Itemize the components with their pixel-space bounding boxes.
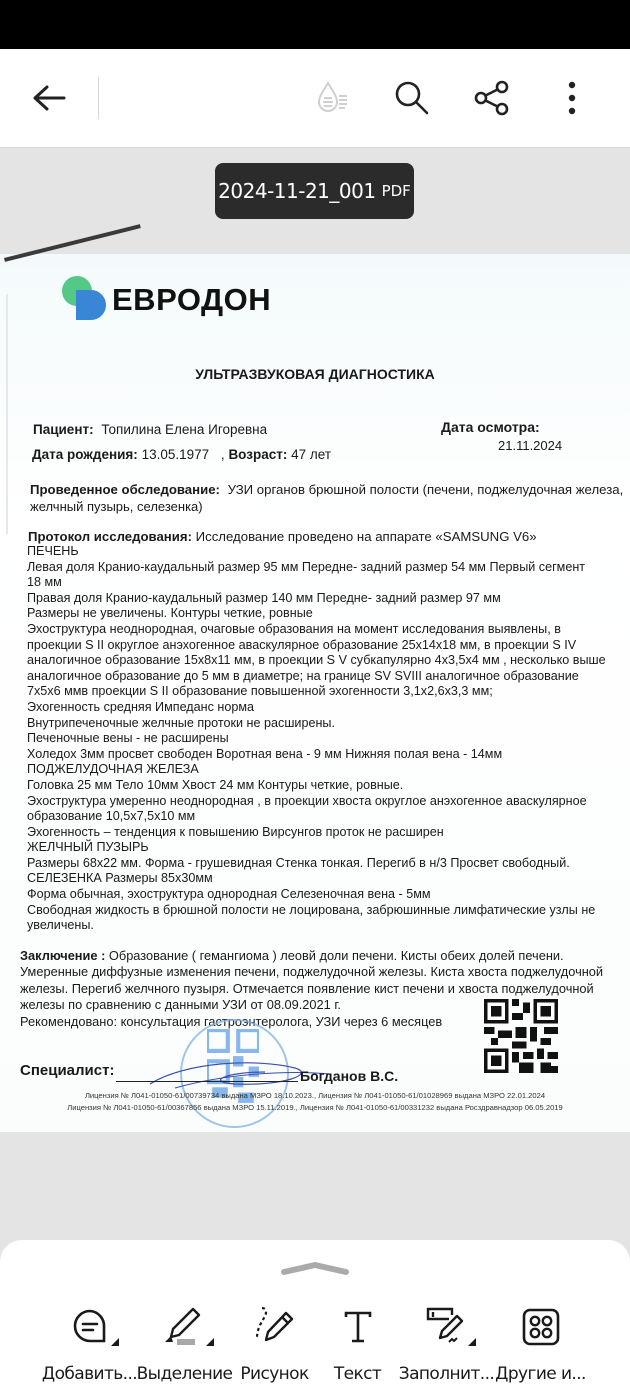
protocol-line: ЖЕЛЧНЫЙ ПУЗЫРЬ xyxy=(27,840,617,856)
chevron-up-icon[interactable] xyxy=(280,1262,350,1276)
exam-date: 21.11.2024 xyxy=(498,438,562,453)
protocol-line: Холедох 3мм просвет свободен Воротная ве… xyxy=(27,747,617,763)
fill-sign-icon xyxy=(425,1306,469,1348)
file-name-badge: 2024-11-21_001 PDF xyxy=(215,163,414,219)
exam-line-1: УЗИ органов брюшной полости (печени, под… xyxy=(228,482,624,497)
tool-label: Другие и... xyxy=(488,1364,593,1384)
license-line-1: Лицензия № Л041-01050-61/00739734 выдана… xyxy=(0,1090,630,1102)
tool-add-comment[interactable]: Добавить... xyxy=(37,1292,142,1392)
conclusion-label: Заключение : xyxy=(20,948,105,963)
age-label: Возраст: xyxy=(228,447,287,462)
protocol-line: Головка 25 мм Тело 10мм Хвост 24 мм Конт… xyxy=(27,778,617,794)
clinic-logo: ЕВРОДОН xyxy=(62,276,271,324)
annotation-toolbar: Добавить... Выделение Рисунок Текст Запо… xyxy=(0,1240,630,1400)
exam-label: Проведенное обследование: xyxy=(30,482,220,497)
protocol-row: Протокол исследования: Исследование пров… xyxy=(28,529,537,544)
protocol-line: ПОДЖЕЛУДОЧНАЯ ЖЕЛЕЗА xyxy=(27,762,617,778)
protocol-line: Свободная жидкость в брюшной полости не … xyxy=(27,903,617,919)
logo-mark-icon xyxy=(62,276,110,324)
conclusion-first-line: Образование ( гемангиома ) леовй доли пе… xyxy=(109,948,564,963)
exam-line-2: желчный пузырь, селезенка) xyxy=(30,499,203,514)
protocol-line: образование 10,5x7,5x10 мм xyxy=(27,809,617,825)
search-icon xyxy=(393,79,431,117)
protocol-body: ПЕЧЕНЬЛевая доля Кранио-каудальный разме… xyxy=(27,544,617,934)
droplet-lines-icon xyxy=(312,78,352,118)
share-icon xyxy=(472,78,512,118)
protocol-label: Протокол исследования: xyxy=(28,529,192,544)
logo-text: ЕВРОДОН xyxy=(112,282,271,318)
back-button[interactable] xyxy=(22,49,76,147)
more-tools-icon xyxy=(522,1308,560,1346)
specialist-label: Специалист: xyxy=(20,1062,114,1079)
draw-pencil-icon xyxy=(254,1305,296,1349)
protocol-line: ПЕЧЕНЬ xyxy=(27,544,617,560)
protocol-line: Размеры 68x22 мм. Форма - грушевидная Ст… xyxy=(27,856,617,872)
protocol-line: Печеночные вены - не расширены xyxy=(27,731,617,747)
birth-date: 13.05.1977 xyxy=(142,447,210,462)
tool-more[interactable]: Другие и... xyxy=(488,1292,593,1392)
more-options-button[interactable] xyxy=(548,49,596,147)
protocol-line: Форма обычная, эхоструктура однородная С… xyxy=(27,887,617,903)
protocol-line: Внутрипеченочные желчные протоки не расш… xyxy=(27,716,617,732)
protocol-line: Эхоструктура умеренно неоднородная , в п… xyxy=(27,794,617,810)
file-name: 2024-11-21_001 xyxy=(218,179,375,203)
protocol-line: аналогичное образование 15x8x11 мм, в пр… xyxy=(27,653,617,669)
tool-label: Добавить... xyxy=(37,1364,142,1384)
birth-row: Дата рождения: 13.05.1977 , Возраст: 47 … xyxy=(32,447,331,462)
protocol-line: Эхоструктура неоднородная, очаговые обра… xyxy=(27,622,617,638)
protocol-text: Исследование проведено на аппарате «SAMS… xyxy=(196,529,537,544)
page-edge xyxy=(6,294,8,534)
specialist-name: Богданов В.С. xyxy=(300,1068,398,1084)
highlighter-icon xyxy=(163,1306,207,1348)
document-title: УЛЬТРАЗВУКОВАЯ ДИАГНОСТИКА xyxy=(0,366,630,382)
exam-date-label: Дата осмотра: xyxy=(441,419,540,435)
signature-line xyxy=(116,1081,298,1082)
arrow-left-icon xyxy=(31,83,67,113)
file-type: PDF xyxy=(382,182,411,200)
license-line-2: Лицензия № Л041-01050-61/00367856 выдана… xyxy=(0,1102,630,1114)
protocol-line: СЕЛЕЗЕНКА Размеры 85x30мм xyxy=(27,871,617,887)
protocol-line: Правая доля Кранио-каудальный размер 140… xyxy=(27,591,617,607)
protocol-line: проекции S II округлое анэхогенное аваск… xyxy=(27,638,617,654)
exam-row: Проведенное обследование: УЗИ органов бр… xyxy=(30,482,623,497)
pdf-page[interactable]: ЕВРОДОН УЛЬТРАЗВУКОВАЯ ДИАГНОСТИКА Пацие… xyxy=(0,254,630,1132)
status-bar xyxy=(0,0,630,49)
search-button[interactable] xyxy=(384,49,440,147)
reading-mode-button[interactable] xyxy=(304,49,360,147)
conclusion-line: железы. Перегиб желчного пузыря. Отмечае… xyxy=(20,981,610,997)
toolbar-divider xyxy=(98,77,99,119)
qr-code xyxy=(484,999,558,1073)
text-icon xyxy=(343,1309,373,1345)
comment-icon xyxy=(70,1307,110,1347)
protocol-line: 18 мм xyxy=(27,575,617,591)
patient-name: Топилина Елена Игоревна xyxy=(101,422,267,437)
birth-label: Дата рождения: xyxy=(32,447,138,462)
protocol-line: Размеры не увеличены. Контуры четкие, ро… xyxy=(27,606,617,622)
tool-fill-sign[interactable]: Заполнит... xyxy=(394,1292,499,1392)
protocol-line: Левая доля Кранио-каудальный размер 95 м… xyxy=(27,560,617,576)
share-button[interactable] xyxy=(464,49,520,147)
more-vertical-icon xyxy=(567,80,577,116)
protocol-line: Эхогенность средняя Импеданс норма xyxy=(27,700,617,716)
protocol-line: увеличены. xyxy=(27,918,617,934)
patient-row: Пациент: Топилина Елена Игоревна xyxy=(33,422,267,437)
patient-label: Пациент: xyxy=(33,422,94,437)
protocol-line: 7x5x6 ммв проекции S II образование повы… xyxy=(27,684,617,700)
age-value: 47 лет xyxy=(291,447,331,462)
conclusion-line: Умеренные диффузные изменения печени, по… xyxy=(20,964,610,980)
protocol-line: Эхогенность – тенденция к повышению Вирс… xyxy=(27,825,617,841)
protocol-line: аналогичное образование до 5 мм в диамет… xyxy=(27,669,617,685)
top-app-bar xyxy=(0,49,630,148)
tool-label: Заполнит... xyxy=(394,1364,499,1384)
